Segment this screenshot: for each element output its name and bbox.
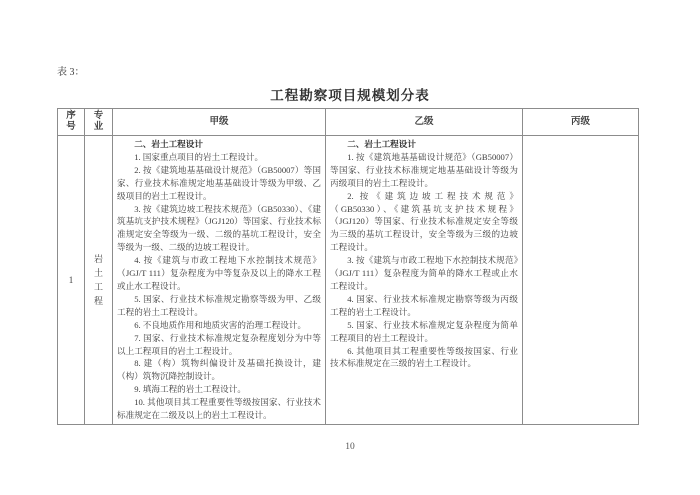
header-grade-c: 丙级 xyxy=(523,109,639,136)
cell-grade-a: 二、岩土工程设计 1. 国家重点项目的岩土工程设计。 2. 按《建筑地基基础设计… xyxy=(113,136,326,425)
table-label: 表 3： xyxy=(57,63,85,78)
cell-specialty: 岩土工程 xyxy=(85,136,113,425)
grade-a-item: 9. 填海工程的岩土工程设计。 xyxy=(117,383,321,396)
grade-b-item: 1. 按《建筑地基基础设计规范》（GB50007）等国家、行业技术标准规定地基基… xyxy=(330,151,518,190)
grade-b-section-title: 二、岩土工程设计 xyxy=(330,138,518,151)
grade-b-item: 3. 按《建筑与市政工程地下水控制技术规范》（JGJ/T 111）复杂程度为简单… xyxy=(330,254,518,293)
specialty-label: 岩土工程 xyxy=(94,252,103,308)
page-title: 工程勘察项目规模划分表 xyxy=(0,84,700,104)
cell-grade-c xyxy=(523,136,639,425)
grade-b-item: 4. 国家、行业技术标准规定勘察等级为丙级工程的岩土工程设计。 xyxy=(330,293,518,319)
cell-serial: 1 xyxy=(58,136,85,425)
grade-b-item: 5. 国家、行业技术标准规定复杂程度为简单工程项目的岩土工程设计。 xyxy=(330,319,518,345)
grade-a-item: 4. 按《建筑与市政工程地下水控制技术规范》（JGJ/T 111）复杂程度为中等… xyxy=(117,254,321,293)
grade-a-item: 2. 按《建筑地基基础设计规范》（GB50007）等国家、行业技术标准规定地基基… xyxy=(117,164,321,203)
header-specialty-label: 专业 xyxy=(94,111,104,133)
table-row: 1 岩土工程 二、岩土工程设计 1. 国家重点项目的岩土工程设计。 2. 按《建… xyxy=(58,136,639,425)
cell-grade-b: 二、岩土工程设计 1. 按《建筑地基基础设计规范》（GB50007）等国家、行业… xyxy=(326,136,523,425)
grade-a-item: 7. 国家、行业技术标准规定复杂程度划分为中等以上工程项目的岩土工程设计。 xyxy=(117,332,321,358)
page-number: 10 xyxy=(0,442,700,452)
grade-c-content xyxy=(523,136,638,422)
grade-b-item: 2. 按《建筑边坡工程技术规范》（GB50330）、《建筑基坑支护技术规程》（J… xyxy=(330,190,518,255)
grade-a-content: 二、岩土工程设计 1. 国家重点项目的岩土工程设计。 2. 按《建筑地基基础设计… xyxy=(113,136,325,422)
project-scale-table: 序号 专业 甲级 乙级 丙级 1 岩土工程 二、岩土工程设计 1. 国家重点项目… xyxy=(57,108,639,425)
grade-a-item: 8. 建（构）筑物纠偏设计及基础托换设计，建（构）筑物沉降控制设计。 xyxy=(117,357,321,383)
grade-a-item: 1. 国家重点项目的岩土工程设计。 xyxy=(117,151,321,164)
grade-a-item: 6. 不良地质作用和地质灾害的治理工程设计。 xyxy=(117,319,321,332)
header-serial-label: 序号 xyxy=(66,111,76,133)
grade-a-item: 5. 国家、行业技术标准规定勘察等级为甲、乙级工程的岩土工程设计。 xyxy=(117,293,321,319)
grade-a-item: 3. 按《建筑边坡工程技术规范》（GB50330）、《建筑基坑支护技术规程》（J… xyxy=(117,203,321,255)
header-grade-a: 甲级 xyxy=(113,109,326,136)
grade-b-item: 6. 其他项目其工程重要性等级按国家、行业技术标准规定在三级的岩土工程设计。 xyxy=(330,345,518,371)
header-grade-b: 乙级 xyxy=(326,109,523,136)
header-row: 序号 专业 甲级 乙级 丙级 xyxy=(58,109,639,136)
grade-a-item: 10. 其他项目其工程重要性等级按国家、行业技术标准规定在二级及以上的岩土工程设… xyxy=(117,396,321,422)
header-specialty: 专业 xyxy=(85,109,113,136)
grade-a-section-title: 二、岩土工程设计 xyxy=(117,138,321,151)
grade-b-content: 二、岩土工程设计 1. 按《建筑地基基础设计规范》（GB50007）等国家、行业… xyxy=(326,136,522,422)
header-serial: 序号 xyxy=(58,109,85,136)
